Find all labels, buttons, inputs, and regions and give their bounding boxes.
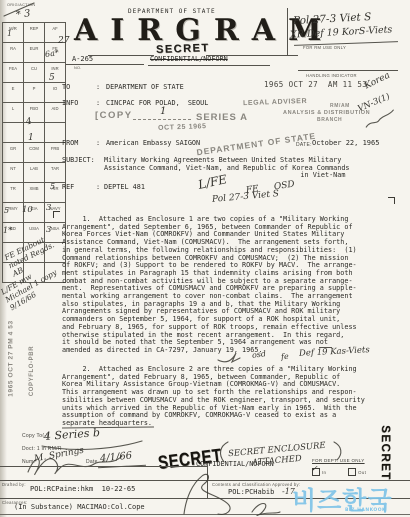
grid-cell: GR xyxy=(3,143,24,163)
handwritten-tally: 5 xyxy=(4,206,9,215)
signature-squiggle xyxy=(246,498,286,517)
grid-cell: FEA xyxy=(3,63,24,83)
subject-value: Military Working Agreements Between Unit… xyxy=(104,157,350,180)
no-label: NO. xyxy=(74,66,82,70)
handwritten-tally: 1* xyxy=(3,226,12,235)
handwritten-copy-number: 1 xyxy=(160,106,166,117)
handwritten-tally: 10 xyxy=(22,205,33,215)
date-value: October 22, 1965 xyxy=(312,140,379,148)
grid-cell: L xyxy=(3,103,24,123)
subject-label: SUBJECT: xyxy=(62,157,95,165)
from-label: FROM xyxy=(62,140,78,148)
signature-squiggle xyxy=(172,470,232,517)
checkbox-out xyxy=(348,468,356,476)
handwritten-top-left: * 3 xyxy=(15,8,31,20)
handwritten-27: 27 xyxy=(58,36,69,46)
handwritten-tally: 6a* xyxy=(44,48,59,59)
grid-cell: E xyxy=(3,83,24,103)
copy-stamp: [COPY xyxy=(95,110,133,121)
grid-cell: CU xyxy=(24,63,45,83)
colon: : xyxy=(96,140,100,148)
divider xyxy=(88,55,154,56)
copyflo-stamp-vertical: COPYFLO-PBR xyxy=(29,333,35,409)
divider xyxy=(66,64,144,65)
handwritten-tally: 5 xyxy=(49,73,55,83)
handwritten-tally: 4 xyxy=(25,117,32,128)
info-label: INFO xyxy=(62,100,78,108)
divider xyxy=(0,466,207,467)
date-label: DATE: xyxy=(296,142,312,148)
handwritten-tally: 1 xyxy=(28,133,34,143)
received-stamp-vertical: 1965 OCT 27 PM 4 53 xyxy=(8,303,15,415)
handwritten-tally: 1 xyxy=(7,29,12,38)
approved-by-value: POL:PCHabib xyxy=(228,489,274,497)
colon: : xyxy=(96,100,100,108)
body-paragraph-2: 2. Attached as Enclosure 2 are three cop… xyxy=(62,366,402,428)
to-label: TO xyxy=(62,84,70,92)
grid-cell: NT xyxy=(3,163,24,183)
secret-stamp-side: SECRET xyxy=(379,424,391,482)
ref-value: DEPTEL 481 xyxy=(104,184,145,192)
handwritten-korea: Korea xyxy=(363,71,392,92)
handwritten-tally: 3 xyxy=(46,203,51,213)
from-value: American Embassy SAIGON xyxy=(106,140,200,148)
handling-indicator-label: HANDLING INDICATOR xyxy=(306,73,357,78)
colon: : xyxy=(96,184,100,192)
grid-cell: EUR xyxy=(24,43,45,63)
rm-am-stamp: RM/AM xyxy=(330,103,350,109)
rm-use-label: FOR RM USE ONLY xyxy=(303,45,346,50)
drafted-by-label: Drafted by: xyxy=(2,482,26,487)
handwritten-interline-osd: osd xyxy=(251,349,266,360)
airgram-number: A-265 xyxy=(72,56,93,64)
airgram-scan-page: ORIG/ACTION * 3 M/RREPAF RAEURFE FEACUIN… xyxy=(0,0,410,517)
clearances-value: (In Substance) MACIMAO:Col.Cope xyxy=(14,504,145,512)
body-paragraph-1: 1. Attached as Enclosure 1 are two copie… xyxy=(62,216,396,355)
rm-box-border xyxy=(287,8,288,55)
copy-stamp-line xyxy=(133,119,191,120)
divider xyxy=(298,70,398,71)
ref-label: REF xyxy=(62,184,74,192)
grid-cell: TR xyxy=(3,183,24,203)
grid-cell: RA xyxy=(3,43,24,63)
grid-cell: REP xyxy=(24,23,45,43)
checkbox-in-label: In xyxy=(322,470,326,475)
secret-stamp-top: SECRET xyxy=(156,42,210,56)
analysis-distribution-stamp: ANALYSIS & DISTRIBUTION xyxy=(283,110,370,116)
received-date-stamp: 1965 OCT 27 AM 11 53 xyxy=(264,81,367,89)
copy-date-stamp: OCT 25 1965 xyxy=(158,123,207,132)
watermark-sub: BIZ.HANKOOK xyxy=(345,508,386,513)
divider xyxy=(148,65,270,66)
grid-cell: LAB xyxy=(24,163,45,183)
grid-cell: TAR xyxy=(45,163,66,183)
to-value: DEPARTMENT OF STATE xyxy=(106,84,184,92)
handwritten-tally: 5 xyxy=(50,182,55,191)
grid-cell: COM xyxy=(24,143,45,163)
info-value: CINCPAC FOR POLAD, SEOUL xyxy=(106,100,208,108)
drafted-by-value: POL:RCPaine:hkm 10-22-65 xyxy=(30,486,135,494)
grid-cell: XMB xyxy=(24,183,45,203)
corner-bracket-right xyxy=(388,197,395,204)
handwritten-arrow xyxy=(216,348,248,366)
series-a-stamp: SERIES A xyxy=(196,112,248,123)
handwritten-pol-27-3: Pol 27-3 Viet S xyxy=(212,189,280,205)
grid-cell: P xyxy=(24,83,45,103)
handwritten-parens xyxy=(216,440,346,468)
checkbox-out-label: Out xyxy=(358,470,366,475)
checkmark: ✓ xyxy=(311,464,318,473)
grid-cell xyxy=(3,123,24,143)
classification-top: CONFIDENTIAL/NOFORN xyxy=(150,56,228,64)
corner-bracket-left xyxy=(53,211,60,218)
dept-use-label: FOR DEPT. USE ONLY xyxy=(312,458,365,463)
branch-stamp: BRANCH xyxy=(317,117,342,123)
date-stamp-label: Date xyxy=(86,459,98,465)
legal-adviser-stamp: LEGAL ADVISER xyxy=(243,98,307,107)
colon: : xyxy=(96,84,100,92)
handwritten-interline-fe: fe xyxy=(281,352,290,362)
